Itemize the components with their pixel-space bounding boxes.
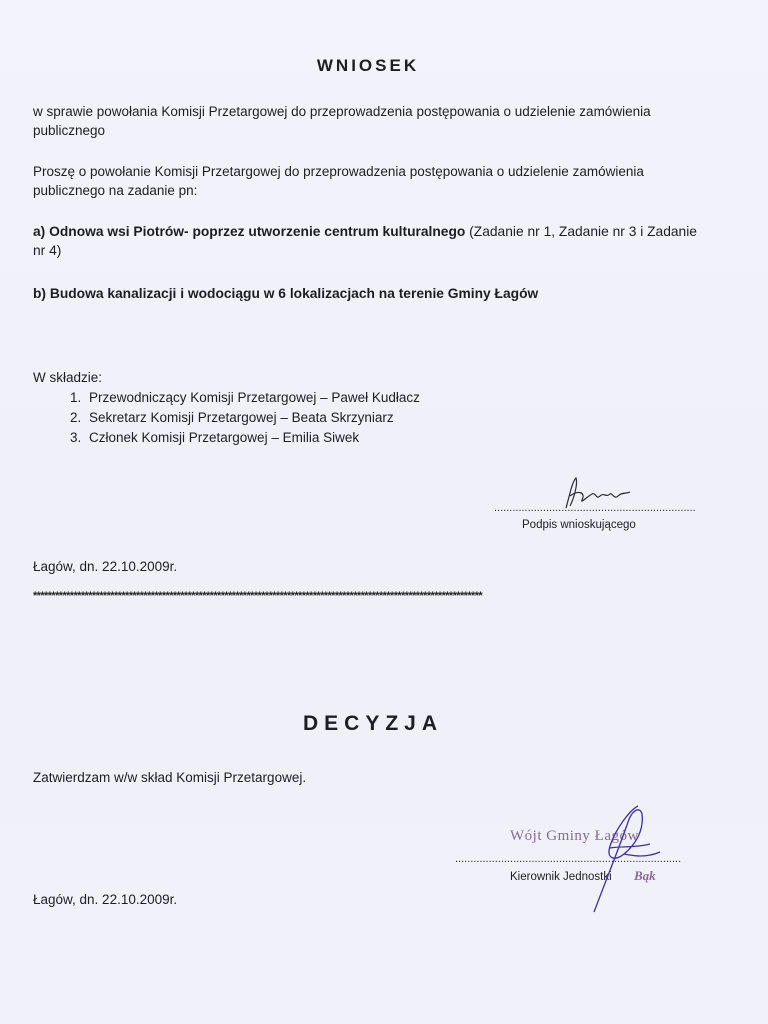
member-item: Sekretarz Komisji Przetargowej – Beata S… — [85, 408, 420, 428]
member-item: Przewodniczący Komisji Przetargowej – Pa… — [85, 388, 420, 408]
scanned-document-page: WNIOSEK w sprawie powołania Komisji Prze… — [0, 0, 768, 1024]
member-item: Członek Komisji Przetargowej – Emilia Si… — [85, 428, 420, 448]
task-a: a) Odnowa wsi Piotrów- poprzez utworzeni… — [33, 222, 713, 260]
members-list: Przewodniczący Komisji Przetargowej – Pa… — [33, 388, 420, 448]
decyzja-text: Zatwierdzam w/w skład Komisji Przetargow… — [33, 768, 713, 787]
applicant-signature-line: ........................................… — [494, 502, 710, 514]
decyzja-title: DECYZJA — [0, 712, 746, 736]
wniosek-subject: w sprawie powołania Komisji Przetargowej… — [33, 102, 713, 140]
composition-label: W składzie: — [33, 368, 420, 388]
task-a-title: a) Odnowa wsi Piotrów- poprzez utworzeni… — [33, 224, 465, 239]
wniosek-date: Łagów, dn. 22.10.2009r. — [33, 557, 713, 576]
section-separator: ****************************************… — [33, 590, 709, 602]
applicant-signature-label: Podpis wnioskującego — [522, 519, 636, 531]
task-b: b) Budowa kanalizacji i wodociągu w 6 lo… — [33, 284, 713, 303]
wniosek-title: WNIOSEK — [0, 56, 736, 76]
committee-composition: W składzie: Przewodniczący Komisji Przet… — [33, 368, 420, 448]
decyzja-date: Łagów, dn. 22.10.2009r. — [33, 890, 713, 909]
wniosek-request: Proszę o powołanie Komisji Przetargowej … — [33, 162, 713, 200]
